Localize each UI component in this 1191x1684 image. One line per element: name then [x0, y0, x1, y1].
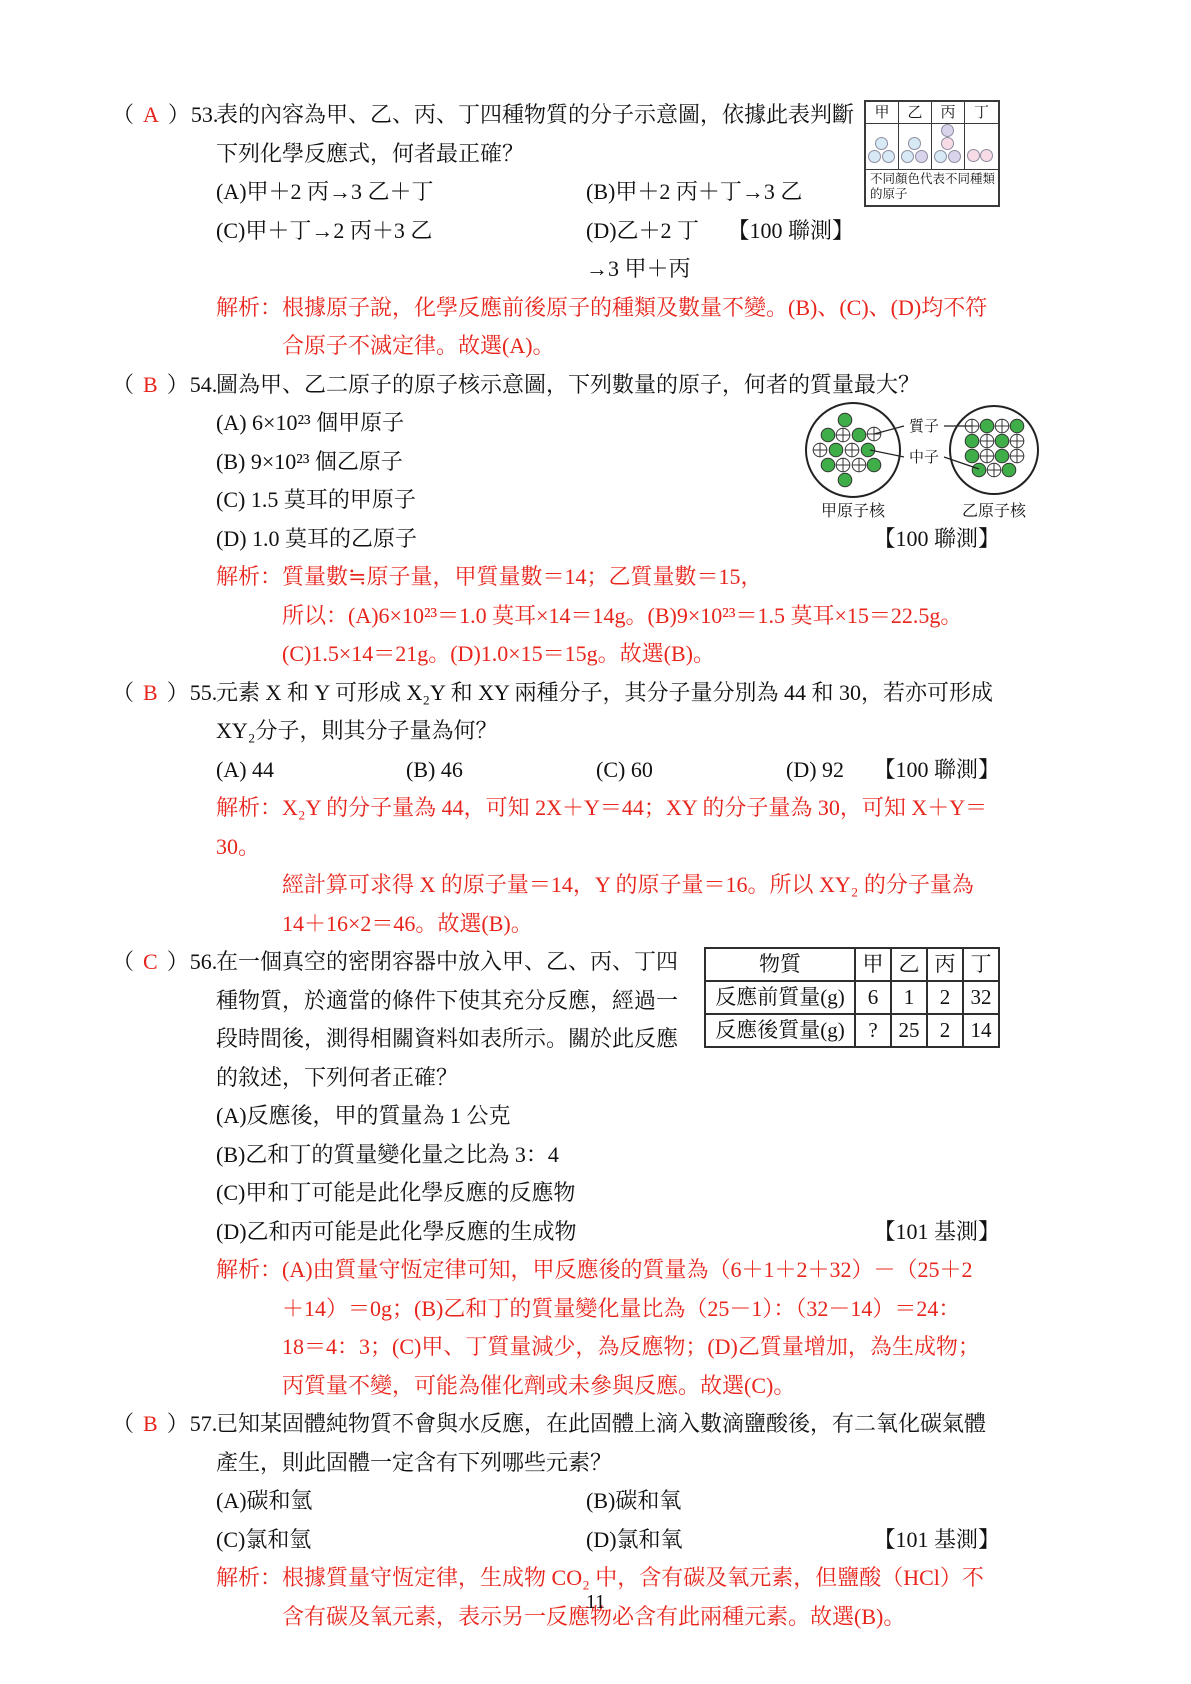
- molecule-yi: [899, 124, 932, 169]
- answer-box: （C）56.: [112, 943, 216, 1405]
- option-d: (D)乙和丙可能是此化學反應的生成物: [216, 1213, 577, 1252]
- nucleus-diagram: 質子 中子 甲原子核 乙原子核: [798, 400, 1050, 520]
- neutron-particle: [1002, 463, 1016, 477]
- answer-letter: B: [134, 1411, 167, 1436]
- neutron-particle: [972, 463, 986, 477]
- explanation-line: 解析：根據原子說，化學反應前後原子的種類及數量不變。(B)、(C)、(D)均不符: [216, 289, 1000, 328]
- option-d: (D)氯和氧: [586, 1521, 683, 1560]
- options-row: (D)乙和丙可能是此化學反應的生成物 【101 基測】: [216, 1213, 1000, 1252]
- table-header-jia: 甲: [855, 948, 891, 981]
- explanation-line: 丙質量不變，可能為催化劑或未參與反應。故選(C)。: [216, 1367, 1000, 1406]
- explanation-text: X₂Y 的分子量為 44，可知 2X＋Y＝44；XY 的分子量為 30，可知 X…: [216, 795, 987, 859]
- neutron-particle: [1010, 419, 1024, 433]
- explanation: 解析：(A)由質量守恆定律可知，甲反應後的質量為（6＋1＋2＋32）－（25＋2…: [216, 1251, 1000, 1405]
- page-number: 11: [0, 1591, 1191, 1614]
- options-row: (A) 44 (B) 46 (C) 60 (D) 92 【100 聯測】: [216, 751, 1000, 790]
- figure-molecule-row: [866, 124, 998, 169]
- neutron-particle: [829, 443, 843, 457]
- explanation-line: 14＋16×2＝46。故選(B)。: [216, 905, 1000, 944]
- answer-box: （A）53.: [112, 96, 216, 366]
- explanation-prefix: 解析：: [216, 295, 282, 320]
- source-tag: 【101 基測】: [873, 1521, 1000, 1560]
- exam-page-content: （A）53. 甲 乙 丙 丁: [112, 96, 1000, 1636]
- explanation-line: 經計算可求得 X 的原子量＝14，Y 的原子量＝16。所以 XY₂ 的分子量為: [216, 866, 1000, 905]
- explanation-line: 合原子不滅定律。故選(A)。: [216, 327, 1000, 366]
- explanation-prefix: 解析：: [216, 1565, 282, 1590]
- explanation-line: ＋14）＝0g；(B)乙和丁的質量變化量比為（25－1）：（32－14）＝24：: [216, 1290, 1000, 1329]
- neutron-particle: [838, 413, 852, 427]
- explanation-prefix: 解析：: [216, 1257, 282, 1282]
- paren-close: ）: [168, 102, 190, 127]
- neutron-particle: [852, 428, 866, 442]
- explanation-text: (A)由質量守恆定律可知，甲反應後的質量為（6＋1＋2＋32）－（25＋2: [282, 1257, 973, 1282]
- question-54: （B）54. 質子 中子 甲原子核 乙原子核 圖為甲、乙二原子的原子核示意圖，下: [112, 366, 1000, 674]
- neutron-particle: [995, 449, 1009, 463]
- molecule-jia: [866, 124, 899, 169]
- yi-nucleus-circle: [950, 406, 1038, 494]
- option-b: (B)乙和丁的質量變化量之比為 3：4: [216, 1136, 1000, 1175]
- option-b: (B)甲＋2 丙＋丁→3 乙: [586, 173, 802, 212]
- explanation: 解析：X₂Y 的分子量為 44，可知 2X＋Y＝44；XY 的分子量為 30，可…: [216, 789, 1000, 943]
- proton-label: 質子: [909, 418, 939, 435]
- question-body: 元素 X 和 Y 可形成 X₂Y 和 XY 兩種分子，其分子量分別為 44 和 …: [216, 674, 1000, 944]
- paren-open: （: [112, 102, 134, 127]
- source-tag: 【100 聯測】: [873, 520, 1000, 559]
- explanation-line: 解析：(A)由質量守恆定律可知，甲反應後的質量為（6＋1＋2＋32）－（25＋2: [216, 1251, 1000, 1290]
- table-row-label: 反應前質量(g): [705, 981, 855, 1014]
- neutron-particle: [867, 458, 881, 472]
- explanation-line: 解析：X₂Y 的分子量為 44，可知 2X＋Y＝44；XY 的分子量為 30，可…: [216, 789, 1000, 866]
- yi-nucleus-caption: 乙原子核: [962, 502, 1027, 520]
- option-a: (A)甲＋2 丙→3 乙＋丁: [216, 173, 586, 212]
- table-row-after: 反應後質量(g) ? 25 2 14: [705, 1014, 999, 1047]
- option-d: (D) 92: [786, 751, 844, 790]
- table-cell: 32: [963, 981, 999, 1014]
- paren-close: ）: [167, 372, 189, 397]
- neutron-particle: [838, 473, 852, 487]
- question-number: 53.: [191, 102, 219, 127]
- explanation: 解析：質量數≒原子量，甲質量數＝14；乙質量數＝15， 所以：(A)6×10²³…: [216, 558, 1000, 674]
- question-number: 55.: [190, 680, 218, 705]
- explanation-text: 根據原子說，化學反應前後原子的種類及數量不變。(B)、(C)、(D)均不符: [282, 295, 987, 320]
- answer-box: （B）54.: [112, 366, 216, 674]
- paren-open: （: [112, 372, 134, 397]
- neutron-particle: [821, 458, 835, 472]
- neutron-particle: [995, 434, 1009, 448]
- table-row-label: 反應後質量(g): [705, 1014, 855, 1047]
- paren-open: （: [112, 680, 134, 705]
- answer-letter: A: [134, 102, 168, 127]
- q56-mass-table: 物質 甲 乙 丙 丁 反應前質量(g) 6 1 2 32 反應後質量(g) ? …: [704, 947, 1000, 1048]
- question-53: （A）53. 甲 乙 丙 丁: [112, 96, 1000, 366]
- explanation-line: 18＝4：3；(C)甲、丁質量減少，為反應物；(D)乙質量增加，為生成物；: [216, 1328, 1000, 1367]
- question-body: 甲 乙 丙 丁: [216, 96, 1000, 366]
- question-number: 54.: [190, 372, 218, 397]
- table-cell: 2: [927, 981, 963, 1014]
- option-c: (C)甲和丁可能是此化學反應的反應物: [216, 1174, 1000, 1213]
- paren-open: （: [112, 949, 134, 974]
- option-a: (A)碳和氫: [216, 1482, 586, 1521]
- question-body: 質子 中子 甲原子核 乙原子核 圖為甲、乙二原子的原子核示意圖，下列數量的原子，…: [216, 366, 1000, 674]
- answer-box: （B）55.: [112, 674, 216, 944]
- question-55: （B）55. 元素 X 和 Y 可形成 X₂Y 和 XY 兩種分子，其分子量分別…: [112, 674, 1000, 944]
- option-b: (B) 46: [406, 751, 596, 790]
- neutron-particle: [965, 449, 979, 463]
- source-tag: 【100 聯測】: [727, 212, 854, 289]
- options-row: (D) 1.0 莫耳的乙原子 【100 聯測】: [216, 520, 1000, 559]
- question-stem: 元素 X 和 Y 可形成 X₂Y 和 XY 兩種分子，其分子量分別為 44 和 …: [216, 674, 1000, 751]
- figure-caption: 不同顏色代表不同種類的原子: [866, 169, 998, 205]
- options-row: (C)氯和氫 (D)氯和氧 【101 基測】: [216, 1521, 1000, 1560]
- figure-header-ding: 丁: [965, 102, 998, 124]
- options-row: (C)甲＋丁→2 丙＋3 乙 (D)乙＋2 丁→3 甲＋丙 【100 聯測】: [216, 212, 854, 289]
- table-row-before: 反應前質量(g) 6 1 2 32: [705, 981, 999, 1014]
- answer-letter: B: [134, 372, 167, 397]
- source-tag: 【101 基測】: [873, 1213, 1000, 1252]
- explanation-text: 質量數≒原子量，甲質量數＝14；乙質量數＝15，: [282, 564, 762, 589]
- figure-header-bing: 丙: [932, 102, 965, 124]
- table-cell: ?: [855, 1014, 891, 1047]
- question-number: 57.: [190, 1411, 218, 1436]
- table-cell: 1: [891, 981, 927, 1014]
- table-header-ding: 丁: [963, 948, 999, 981]
- table-cell: 6: [855, 981, 891, 1014]
- question-stem: 圖為甲、乙二原子的原子核示意圖，下列數量的原子，何者的質量最大？: [216, 366, 1000, 405]
- option-c: (C)氯和氫: [216, 1521, 586, 1560]
- explanation-line: (C)1.5×14＝21g。(D)1.0×15＝15g。故選(B)。: [216, 635, 1000, 674]
- option-a: (A) 44: [216, 751, 406, 790]
- question-number: 56.: [190, 949, 218, 974]
- explanation-line: 解析：質量數≒原子量，甲質量數＝14；乙質量數＝15，: [216, 558, 1000, 597]
- paren-open: （: [112, 1411, 134, 1436]
- neutron-particle: [821, 428, 835, 442]
- figure-header-row: 甲 乙 丙 丁: [866, 102, 998, 124]
- table-header-row: 物質 甲 乙 丙 丁: [705, 948, 999, 981]
- molecule-ding: [965, 124, 998, 169]
- options-row: (A)碳和氫 (B)碳和氧: [216, 1482, 1000, 1521]
- explanation-line: 所以：(A)6×10²³＝1.0 莫耳×14＝14g。(B)9×10²³＝1.5…: [216, 597, 1000, 636]
- neutron-label: 中子: [909, 449, 939, 466]
- neutron-particle: [965, 434, 979, 448]
- table-cell: 2: [927, 1014, 963, 1047]
- explanation-prefix: 解析：: [216, 795, 282, 820]
- option-a: (A)反應後，甲的質量為 1 公克: [216, 1097, 1000, 1136]
- explanation: 解析：根據原子說，化學反應前後原子的種類及數量不變。(B)、(C)、(D)均不符…: [216, 289, 1000, 366]
- option-c: (C)甲＋丁→2 丙＋3 乙: [216, 212, 586, 289]
- option-b: (B)碳和氧: [586, 1482, 681, 1521]
- question-56: （C）56. 物質 甲 乙 丙 丁 反應前質量(g) 6 1 2 32: [112, 943, 1000, 1405]
- q54-nucleus-figure: 質子 中子 甲原子核 乙原子核: [798, 400, 1050, 520]
- answer-letter: C: [134, 949, 167, 974]
- paren-close: ）: [167, 680, 189, 705]
- explanation-text: 根據質量守恆定律，生成物 CO₂ 中，含有碳及氧元素，但鹽酸（HCl）不: [282, 1565, 984, 1590]
- table-header-substance: 物質: [705, 948, 855, 981]
- option-d: (D) 1.0 莫耳的乙原子: [216, 520, 417, 559]
- options-row: (A)甲＋2 丙→3 乙＋丁 (B)甲＋2 丙＋丁→3 乙: [216, 173, 854, 212]
- q53-molecule-figure: 甲 乙 丙 丁: [864, 100, 1000, 207]
- table-cell: 25: [891, 1014, 927, 1047]
- figure-header-jia: 甲: [866, 102, 899, 124]
- explanation-prefix: 解析：: [216, 564, 282, 589]
- source-tag: 【100 聯測】: [873, 751, 1000, 790]
- paren-close: ）: [167, 949, 189, 974]
- table-cell: 14: [963, 1014, 999, 1047]
- option-d: (D)乙＋2 丁→3 甲＋丙: [586, 212, 727, 289]
- option-c: (C) 60: [596, 751, 786, 790]
- answer-letter: B: [134, 680, 167, 705]
- jia-nucleus-caption: 甲原子核: [821, 502, 886, 520]
- paren-close: ）: [167, 1411, 189, 1436]
- question-stem: 已知某固體純物質不會與水反應，在此固體上滴入數滴鹽酸後，有二氧化碳氣體產生，則此…: [216, 1405, 1000, 1482]
- figure-header-yi: 乙: [899, 102, 932, 124]
- table-header-bing: 丙: [927, 948, 963, 981]
- table-header-yi: 乙: [891, 948, 927, 981]
- question-body: 物質 甲 乙 丙 丁 反應前質量(g) 6 1 2 32 反應後質量(g) ? …: [216, 943, 1000, 1405]
- molecule-bing: [932, 124, 965, 169]
- neutron-particle: [980, 419, 994, 433]
